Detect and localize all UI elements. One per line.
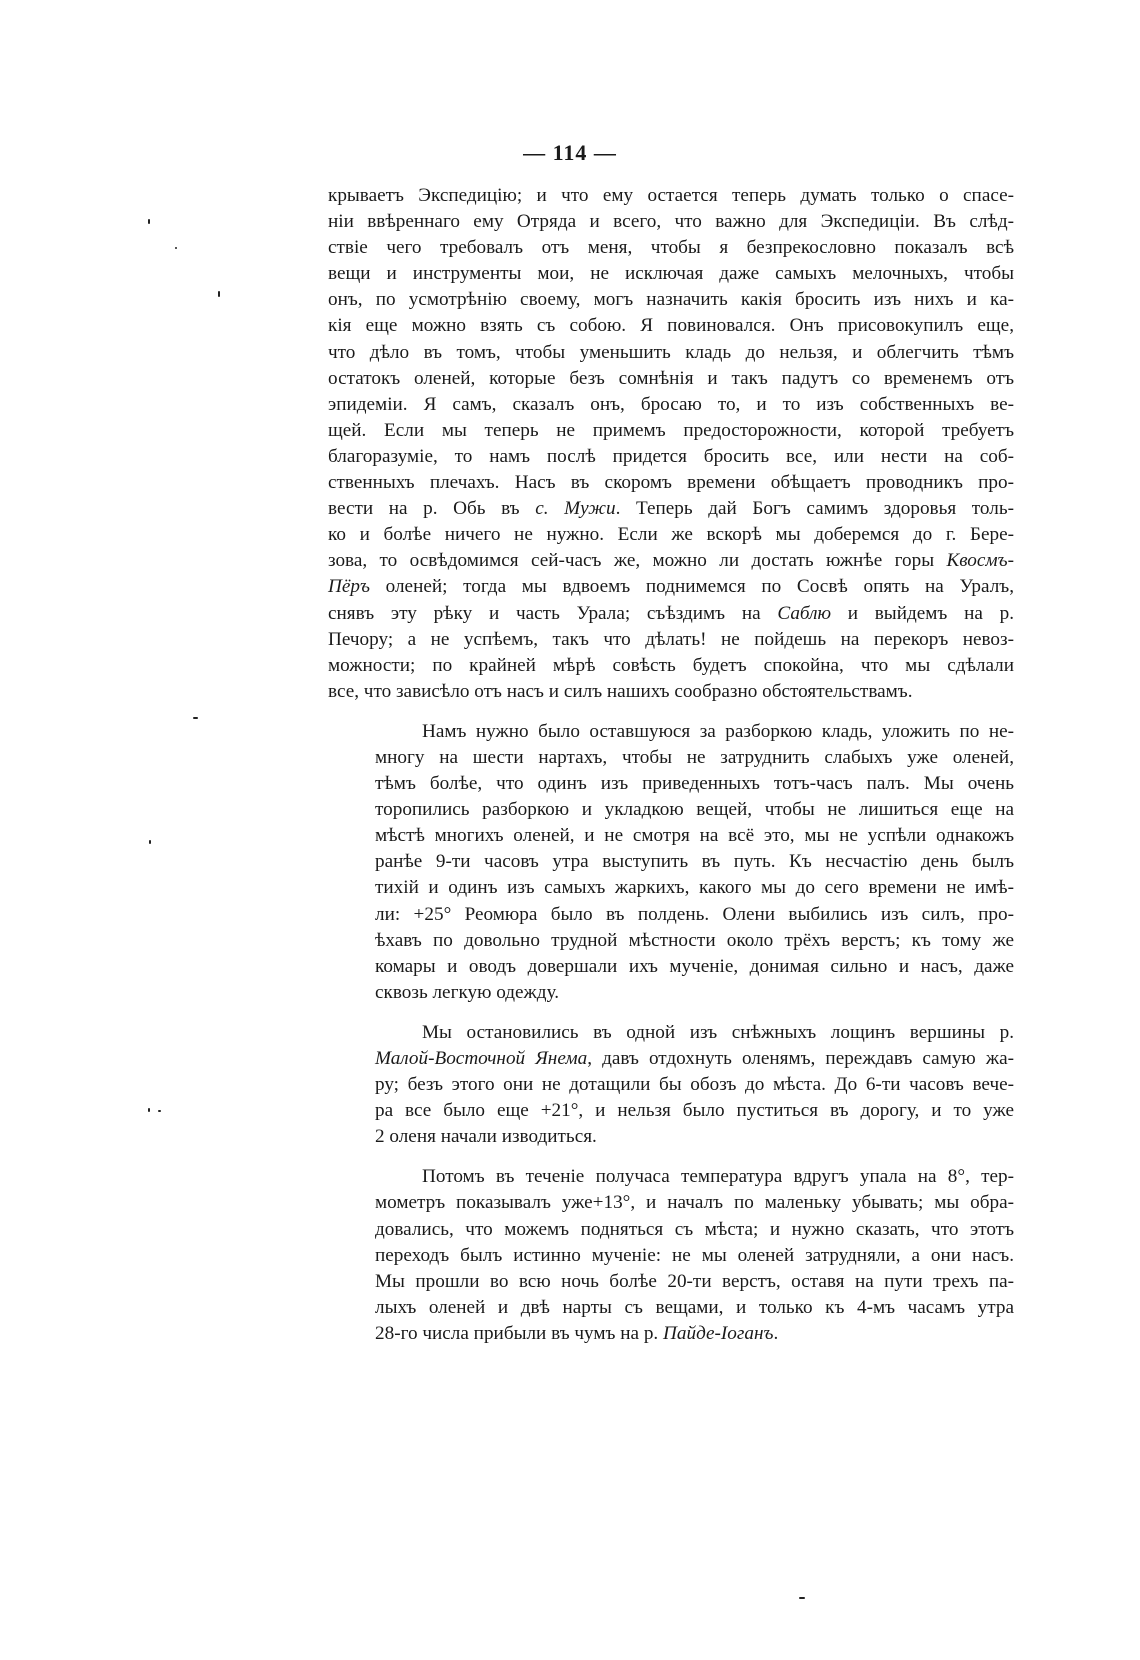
text-line: ру; безъ этого они не дотащили бы обозъ … (328, 1072, 1014, 1098)
text-line: щей. Если мы теперь не примемъ предостор… (328, 418, 1014, 444)
paragraph: крываетъ Экспедицію; и что ему остается … (328, 183, 1014, 705)
text-line: многу на шести нартахъ, чтобы не затрудн… (328, 745, 1014, 771)
text-line: торопились разборкою и укладкою вещей, ч… (328, 797, 1014, 823)
text-line: 2 оленя начали изводиться. (328, 1124, 1014, 1150)
italic-name: Малой-Восточной Янема (375, 1048, 587, 1069)
body-text: крываетъ Экспедицію; и что ему остается … (328, 183, 1014, 1347)
scan-speck (218, 291, 220, 297)
text-line: ли: +25° Реомюра было въ полдень. Олени … (328, 902, 1014, 928)
text-line: благоразуміе, то намъ послѣ придется бро… (328, 444, 1014, 470)
text-line: зова, то освѣдомимся сей-часъ же, можно … (328, 548, 1014, 574)
scan-speck (158, 1110, 161, 1112)
text-line: тихій и одинъ изъ самыхъ жаркихъ, какого… (328, 875, 1014, 901)
text-line: тѣмъ болѣе, что одинъ изъ приведенныхъ т… (328, 771, 1014, 797)
text-line: крываетъ Экспедицію; и что ему остается … (328, 183, 1014, 209)
scan-speck (175, 247, 177, 249)
paragraph: Намъ нужно было оставшуюся за разборкою … (328, 719, 1014, 1006)
text-line: мѣстѣ многихъ оленей, и не смотря на всё… (328, 823, 1014, 849)
page-number: — 114 — (0, 140, 1140, 166)
text-line: комары и оводъ довершали ихъ мученіе, до… (328, 954, 1014, 980)
text-line: Потомъ въ теченіе получаса температура в… (328, 1164, 1014, 1190)
text-line: Пёръ оленей; тогда мы вдвоемъ поднимемся… (328, 574, 1014, 600)
paragraph: Мы остановились въ одной изъ снѣжныхъ ло… (328, 1020, 1014, 1150)
text-line: Малой-Восточной Янема, давъ отдохнуть ол… (328, 1046, 1014, 1072)
paragraph: Потомъ въ теченіе получаса температура в… (328, 1164, 1014, 1347)
text-line: снявъ эту рѣку и часть Урала; съѣздимъ н… (328, 601, 1014, 627)
italic-name: Пайде-Іоганъ (663, 1323, 773, 1344)
text-line: Мы остановились въ одной изъ снѣжныхъ ло… (328, 1020, 1014, 1046)
italic-name: Квосмъ- (946, 550, 1014, 571)
text-line: все, что зависѣло отъ насъ и силъ нашихъ… (328, 679, 1014, 705)
scan-speck (148, 1108, 150, 1112)
text-line: мометръ показывалъ уже+13°, и началъ по … (328, 1190, 1014, 1216)
text-line: можности; по крайней мѣрѣ совѣсть будетъ… (328, 653, 1014, 679)
text-line: кія еще можно взять съ собою. Я повинова… (328, 313, 1014, 339)
italic-name: Саблю (777, 603, 831, 624)
text-line: онъ, по усмотрѣнію своему, могъ назначит… (328, 287, 1014, 313)
scan-speck (799, 1597, 805, 1599)
text-line: 28-го числа прибыли въ чумъ на р. Пайде-… (328, 1321, 1014, 1347)
text-line: сквозь легкую одежду. (328, 980, 1014, 1006)
text-line: лыхъ оленей и двѣ нарты съ вещами, и тол… (328, 1295, 1014, 1321)
scan-speck (193, 717, 198, 719)
text-line: переходъ былъ истинно мученіе: не мы оле… (328, 1243, 1014, 1269)
text-line: довались, что можемъ подняться съ мѣста;… (328, 1217, 1014, 1243)
text-line: ко и болѣе ничего не нужно. Если же вско… (328, 522, 1014, 548)
text-line: ра все было еще +21°, и нельзя было пуст… (328, 1098, 1014, 1124)
italic-name: с. Мужи (535, 498, 615, 519)
text-line: вещи и инструменты мои, не исключая даже… (328, 261, 1014, 287)
text-line: что дѣло въ томъ, чтобы уменьшить кладь … (328, 340, 1014, 366)
text-line: Печору; а не успѣемъ, такъ что дѣлать! н… (328, 627, 1014, 653)
text-line: ственныхъ плечахъ. Насъ въ скоромъ време… (328, 470, 1014, 496)
text-line: Мы прошли во всю ночь болѣе 20-ти верстъ… (328, 1269, 1014, 1295)
scan-speck (148, 219, 150, 224)
text-line: вести на р. Обь въ с. Мужи. Теперь дай Б… (328, 496, 1014, 522)
text-line: ранѣе 9-ти часовъ утра выступить въ путь… (328, 849, 1014, 875)
italic-name: Пёръ (328, 576, 370, 597)
text-line: остатокъ оленей, которые безъ сомнѣнія и… (328, 366, 1014, 392)
text-line: ѣхавъ по довольно трудной мѣстности окол… (328, 928, 1014, 954)
scan-speck (149, 840, 151, 844)
text-line: ствіе чего требовалъ отъ меня, чтобы я б… (328, 235, 1014, 261)
text-line: ніи ввѣреннаго ему Отряда и всего, что в… (328, 209, 1014, 235)
text-line: Намъ нужно было оставшуюся за разборкою … (328, 719, 1014, 745)
text-line: эпидеміи. Я самъ, сказалъ онъ, бросаю то… (328, 392, 1014, 418)
